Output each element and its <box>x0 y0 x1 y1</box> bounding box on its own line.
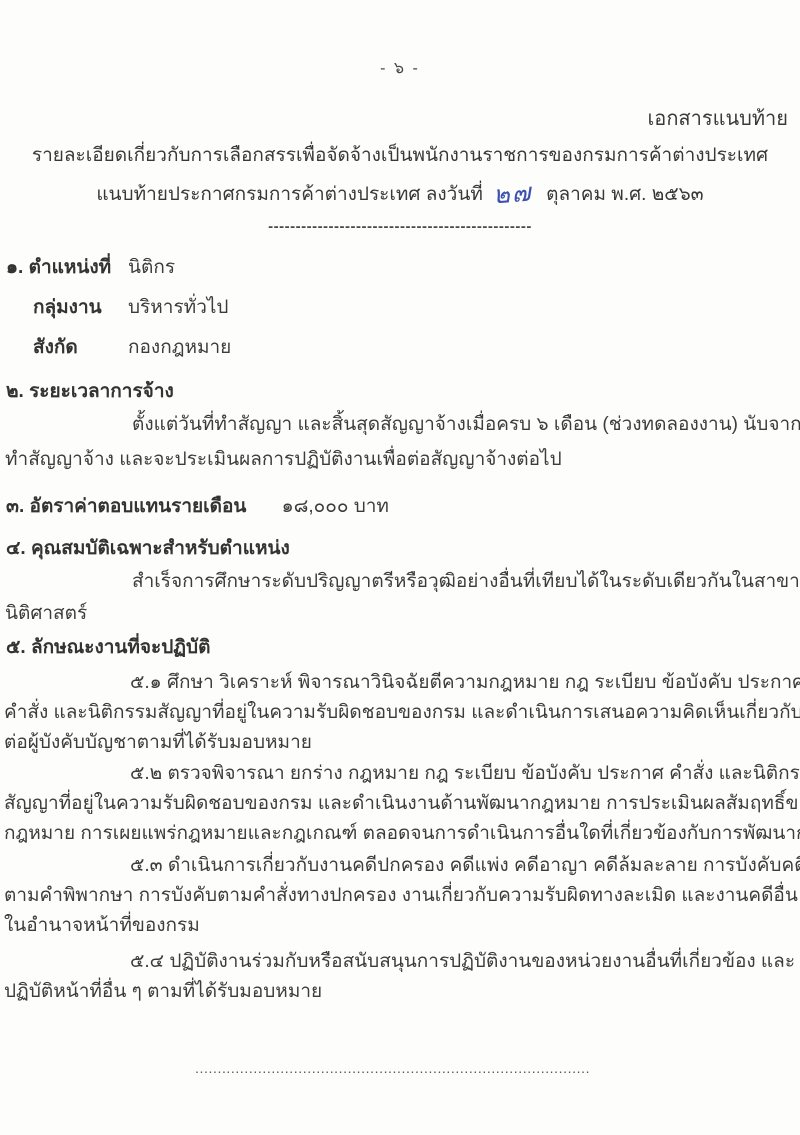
dashed-separator: ----------------------------------------… <box>0 218 800 235</box>
duty-5-3-line3: ในอำนาจหน้าที่ของกรม <box>4 910 200 940</box>
salary-row: ๓. อัตราค่าตอบแทนรายเดือน ๑๘,๐๐๐ บาท <box>6 491 389 521</box>
duty-5-4-line1: ๕.๔ ปฏิบัติงานร่วมกับหรือสนับสนุนการปฏิบ… <box>130 946 795 976</box>
qualification-line2: นิติศาสตร์ <box>5 598 87 628</box>
title-line2-suffix: ตุลาคม พ.ศ. ๒๕๖๓ <box>546 184 704 205</box>
position-row: ๑. ตำแหน่งที่ นิติกร <box>6 252 111 282</box>
work-group-value: บริหารทั่วไป <box>128 292 228 322</box>
position-value: นิติกร <box>128 252 175 282</box>
duty-5-2-line2: สัญญาที่อยู่ในความรับผิดชอบของกรม และดำเ… <box>4 788 800 818</box>
scanned-document-page: - ๖ - เอกสารแนบท้าย รายละเอียดเกี่ยวกับก… <box>0 0 800 1135</box>
duty-5-1-line3: ต่อผู้บังคับบัญชาตามที่ได้รับมอบหมาย <box>4 727 312 757</box>
duty-5-1-line2: คำสั่ง และนิติกรรมสัญญาที่อยู่ในความรับผ… <box>4 697 800 727</box>
page-number: - ๖ - <box>0 56 800 81</box>
title-line2-prefix: แนบท้ายประกาศกรมการค้าต่างประเทศ ลงวันที… <box>96 184 483 205</box>
qualification-line1: สำเร็จการศึกษาระดับปริญญาตรีหรือวุฒิอย่า… <box>132 566 800 596</box>
work-group-row: กลุ่มงาน บริหารทั่วไป <box>33 292 102 322</box>
signature-dotted-line: ........................................… <box>195 1060 590 1076</box>
duty-5-1-line1: ๕.๑ ศึกษา วิเคราะห์ พิจารณาวินิจฉัยตีควา… <box>130 667 800 697</box>
employment-heading: ๒. ระยะเวลาการจ้าง <box>6 376 174 406</box>
work-group-label: กลุ่มงาน <box>33 297 102 318</box>
affiliation-row: สังกัด กองกฎหมาย <box>33 332 78 362</box>
affiliation-label: สังกัด <box>33 337 78 358</box>
qualification-heading: ๔. คุณสมบัติเฉพาะสำหรับตำแหน่ง <box>6 533 290 563</box>
duty-5-4-line2: ปฏิบัติหน้าที่อื่น ๆ ตามที่ได้รับมอบหมาย <box>4 976 322 1006</box>
salary-value: ๑๘,๐๐๐ บาท <box>282 496 389 517</box>
salary-heading: ๓. อัตราค่าตอบแทนรายเดือน <box>6 496 246 517</box>
handwritten-date: ๒๗ <box>491 172 534 215</box>
document-title-line1: รายละเอียดเกี่ยวกับการเลือกสรรเพื่อจัดจ้… <box>0 140 800 170</box>
employment-paragraph-line2: ทำสัญญาจ้าง และจะประเมินผลการปฏิบัติงานเ… <box>5 444 562 474</box>
attachment-label: เอกสารแนบท้าย <box>647 102 788 134</box>
duty-5-3-line2: ตามคำพิพากษา การบังคับตามคำสั่งทางปกครอง… <box>4 880 800 910</box>
duty-5-2-line1: ๕.๒ ตรวจพิจารณา ยกร่าง กฎหมาย กฎ ระเบียบ… <box>130 758 800 788</box>
duty-5-3-line1: ๕.๓ ดำเนินการเกี่ยวกับงานคดีปกครอง คดีแพ… <box>130 850 800 880</box>
affiliation-value: กองกฎหมาย <box>128 332 231 362</box>
employment-paragraph-line1: ตั้งแต่วันที่ทำสัญญา และสิ้นสุดสัญญาจ้าง… <box>132 409 800 439</box>
document-title-line2: แนบท้ายประกาศกรมการค้าต่างประเทศ ลงวันที… <box>0 172 800 212</box>
position-label: ๑. ตำแหน่งที่ <box>6 257 111 278</box>
duties-heading: ๕. ลักษณะงานที่จะปฏิบัติ <box>6 632 210 662</box>
duty-5-2-line3: กฎหมาย การเผยแพร่กฎหมายและกฎเกณฑ์ ตลอดจน… <box>4 818 800 848</box>
